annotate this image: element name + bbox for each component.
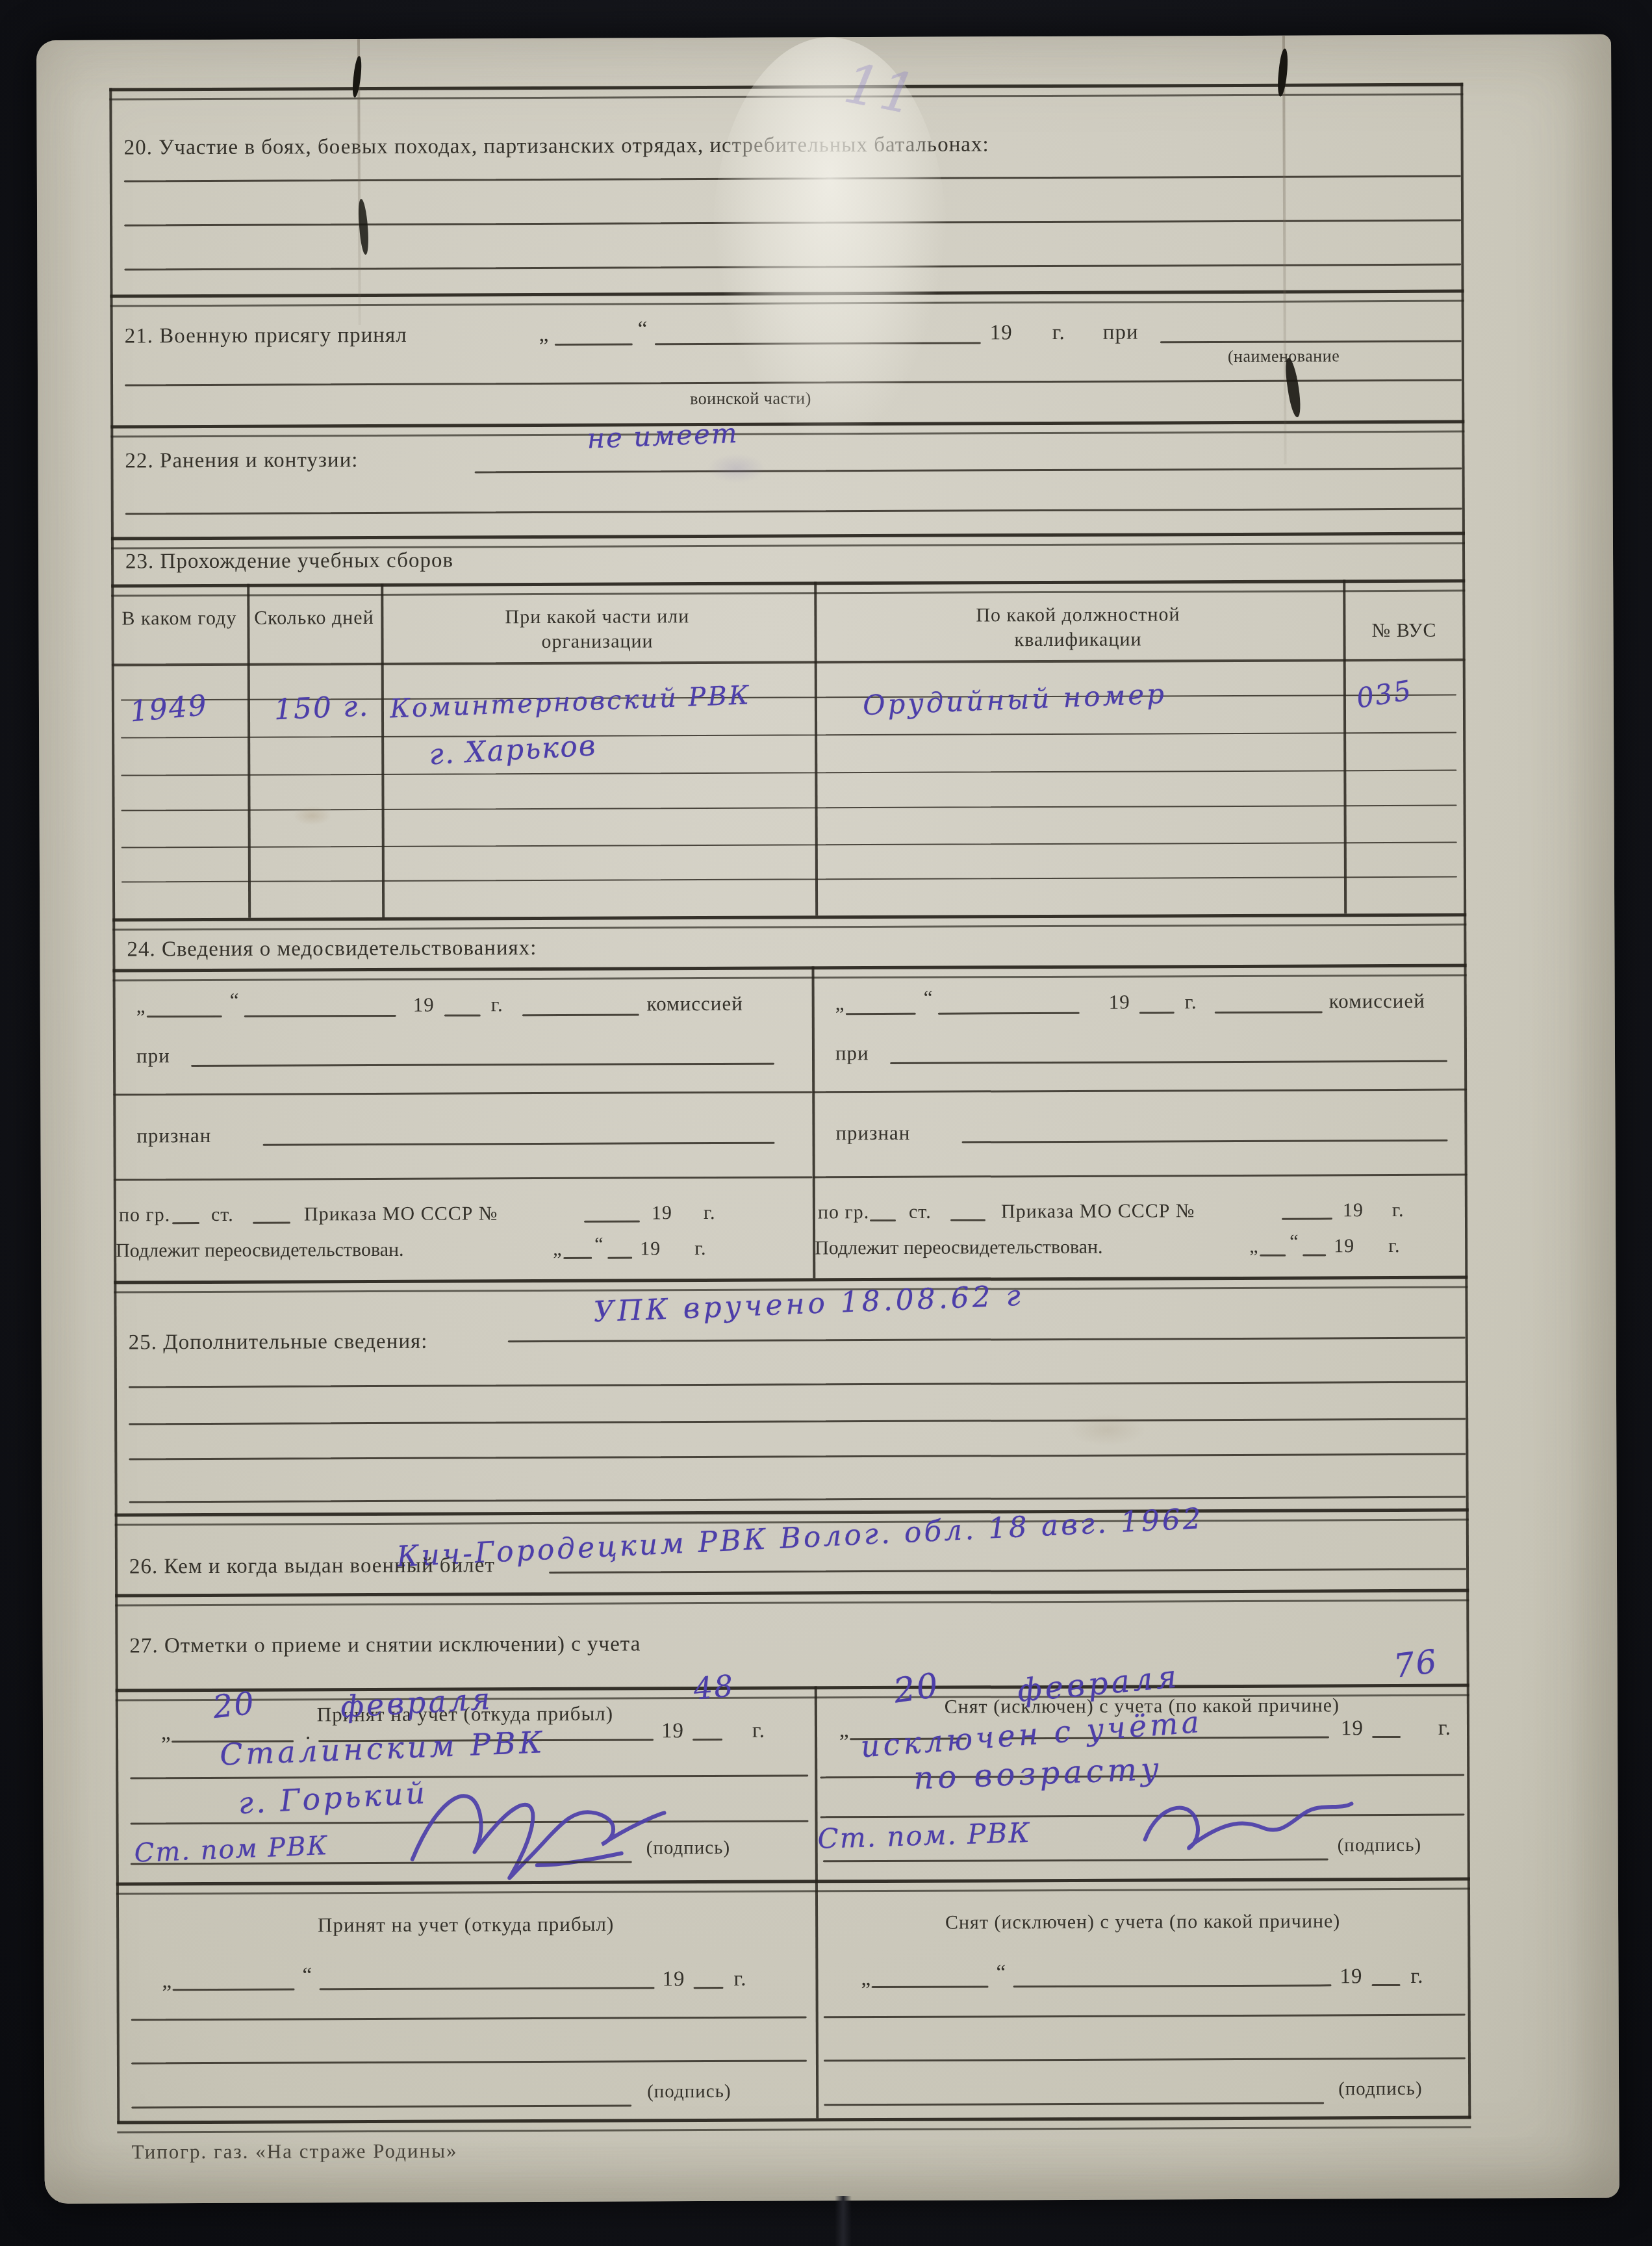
medical-top-rule [112,964,1466,982]
frame-bottom-rule [117,2116,1471,2134]
year-prefix: 19 [1109,990,1130,1015]
table-writing-line [121,732,1456,739]
paper-stain [1068,1413,1146,1446]
blank-dash [1372,1984,1401,1986]
blank-dash [1260,1255,1286,1257]
blank-line [475,468,1462,474]
blank-line [549,1568,1466,1574]
handwriting-accept-unit: Сталинским РВК [219,1727,546,1769]
year-prefix: 19 [990,320,1013,346]
table-writing-line [121,805,1457,811]
signature-scrawl [1134,1784,1362,1876]
signature-line [824,2102,1324,2106]
year-prefix: 19 [652,1201,672,1225]
open-quote: „ [539,322,550,348]
open-quote: „ [861,1965,871,1992]
commission-label: комиссией [647,991,743,1017]
scanner-background: 20. Участие в боях, боевых походах, парт… [0,0,1652,2246]
blank-line [812,1089,1467,1093]
article-label: ст. [211,1203,234,1227]
handwriting-qualification: Орудийный номер [862,680,1167,719]
recognized-label: признан [835,1121,910,1146]
year-word: г. [1438,1715,1451,1742]
year-word: г. [1392,1198,1404,1223]
register-row-divider [116,1878,1470,1895]
blank-dash [890,1060,1447,1064]
at-label: при [835,1041,869,1066]
recognized-label: признан [136,1123,211,1149]
year-word: г. [733,1966,746,1993]
blank-dash [693,1739,722,1741]
blank-line [125,508,1462,515]
commission-label: комиссией [1329,989,1425,1014]
year-prefix: 19 [661,1718,684,1744]
signature-scrawl [400,1767,674,1892]
blank-line [129,1496,1466,1503]
year-word: г. [491,992,503,1017]
signature-line [131,2105,631,2109]
year-word: г. [752,1718,765,1744]
by-group-label: по гр. [119,1203,171,1227]
blank-dash [607,1257,632,1258]
blank-dash [1303,1254,1326,1256]
blank-line [129,1453,1466,1461]
reexam-label: Подлежит переосвидетельствован. [116,1238,404,1263]
blank-line [114,1176,813,1180]
table-writing-line [121,770,1456,776]
section-24-title: 24. Сведения о медосвидетельствованиях: [127,935,537,963]
blank-line [131,2060,807,2064]
open-quote: „ [553,1237,562,1262]
handwriting-remove-year: 76 [1392,1645,1440,1683]
close-quote: “ [1290,1230,1299,1255]
handwriting-unit-line2: г. Харьков [428,732,597,769]
blank-dash [263,1142,775,1146]
blank-dash [870,1219,896,1221]
handwriting-year: 1949 [129,691,209,727]
order-label: Приказа МО СССР № [304,1201,498,1227]
section-divider [110,290,1464,307]
blank-line [131,2016,807,2021]
blank-dash [191,1063,774,1067]
document-page: 20. Участие в боях, боевых походах, парт… [36,34,1620,2204]
handwriting-accept-month: февраля [340,1683,494,1722]
blank-dash [320,1987,655,1990]
blank-line [124,175,1461,183]
blank-line [129,1418,1466,1425]
handwriting-remove-signer: Ст. пом. РВК [817,1819,1031,1853]
blank-dash [1372,1736,1401,1738]
handwriting-wounds: не имеет [587,420,739,453]
handwriting-unit-line1: Коминтерновский РВК [389,682,751,722]
blank-line [824,2058,1466,2062]
section-26-title: 26. Кем и когда выдан военный билет [129,1552,495,1580]
year-word: г. [1052,320,1065,346]
open-quote: „ [136,993,146,1019]
section-21-title: 21. Военную присягу принял [125,322,407,350]
handwriting-accept-signer: Ст. пом РВК [134,1833,329,1867]
handwriting-accept-year: 48 [693,1670,735,1704]
blank-dash [1160,340,1462,344]
sign-label: (подпись) [646,1836,731,1860]
handwriting-vus: 035 [1354,676,1414,712]
section-27-title: 27. Отметки о приеме и снятии исключении… [129,1631,641,1659]
section-22-title: 22. Ранения и контузии: [125,447,358,475]
blank-line [113,1091,812,1095]
article-label: ст. [909,1200,932,1225]
table-top-rule [111,580,1465,597]
year-prefix: 19 [662,1966,685,1993]
col-header-vus: № ВУС [1343,619,1465,643]
blank-dash [555,343,633,345]
medical-divider [811,966,815,1278]
section-divider [110,420,1464,438]
blank-dash [563,1257,592,1259]
blank-dash [962,1140,1448,1143]
sign-label: (подпись) [1338,1833,1422,1857]
reexam-label: Подлежит переосвидетельствован. [815,1235,1103,1260]
printer-imprint: Типогр. газ. «На страже Родины» [131,2139,457,2165]
close-quote: “ [594,1232,604,1257]
note-voinskoy-chasti: воинской части) [690,388,811,409]
table-column-rule [814,581,818,915]
year-prefix: 19 [640,1236,661,1261]
open-quote: „ [162,1968,172,1995]
col-header-days: Сколько дней [247,606,381,630]
section-20-title: 20. Участие в боях, боевых походах, парт… [124,131,989,161]
blank-dash [950,1219,985,1221]
year-word: г. [1185,989,1197,1015]
year-word: г. [1410,1963,1423,1990]
blank-dash [846,1013,916,1015]
year-prefix: 19 [1334,1234,1354,1258]
by-group-label: по гр. [818,1200,870,1225]
handwriting-accept-city: г. Горький [237,1778,428,1818]
section-25-title: 25. Дополнительные сведения: [129,1329,428,1357]
handwriting-accept-day: 20 [211,1687,257,1723]
frame-top-rule [109,83,1463,101]
close-quote: “ [924,986,934,1011]
section-divider [111,532,1465,550]
table-writing-line [121,876,1457,883]
sign-label: (подпись) [647,2080,731,2104]
table-column-rule [247,584,251,918]
col-header-year: В каком году [111,606,247,631]
blank-dash [173,1988,295,1991]
paper-crease [1282,36,1287,465]
blank-dash [655,342,981,345]
blank-dash [872,1985,989,1988]
blank-line [508,1337,1466,1343]
blank-dash [253,1222,290,1224]
section-divider [115,1589,1469,1607]
accept-header: Принят на учет (откуда прибыл) [116,1911,815,1939]
col-header-unit: При какой части или организации [474,604,720,654]
blank-dash [244,1015,396,1017]
blank-line [125,379,1462,387]
frame-left-rule [109,88,120,2124]
year-word: г. [1388,1234,1401,1258]
blank-dash [147,1015,222,1017]
close-quote: “ [302,1962,312,1989]
blank-dash [694,1987,724,1989]
year-word: г. [704,1201,716,1225]
remove-header: Снят (исключен) с учета (по какой причин… [815,1909,1470,1935]
handwriting-remove-reason2: по возрасту [913,1754,1163,1794]
year-prefix: 19 [1343,1198,1364,1223]
blank-line [124,264,1461,271]
blank-dash [522,1014,639,1016]
ink-smudge [707,453,765,483]
open-quote: „ [835,991,845,1016]
blank-line [813,1174,1468,1179]
close-quote: “ [230,988,240,1014]
order-label: Приказа МО СССР № [1001,1199,1195,1224]
blank-dash [1013,1984,1332,1987]
close-quote: “ [996,1959,1006,1986]
open-quote: „ [1249,1234,1258,1259]
handwriting-days: 150 г. [273,693,370,725]
col-header-qualification: По какой должностной квалификации [941,602,1214,652]
at-label: при [136,1043,170,1069]
at-label: при [1103,319,1139,346]
year-prefix: 19 [1340,1963,1362,1990]
blank-dash [938,1012,1080,1015]
table-column-rule [381,583,385,917]
table-header-rule [112,659,1466,667]
blank-dash [1282,1218,1332,1219]
faint-ink-note: 11 [840,55,921,122]
handwriting-remove-day: 20 [891,1668,941,1708]
year-prefix: 19 [1341,1715,1364,1742]
table-writing-line [121,842,1457,849]
blank-dash [444,1014,481,1016]
blank-line [124,220,1461,227]
section-23-title: 23. Прохождение учебных сборов [125,548,453,576]
year-word: г. [694,1236,707,1261]
blank-line [129,1381,1466,1388]
blank-dash [172,1222,199,1224]
blank-dash [1139,1012,1175,1014]
table-bottom-rule [112,913,1466,931]
open-quote: „ [161,1720,172,1746]
sign-label: (подпись) [1338,2077,1423,2101]
blank-dash [1215,1011,1323,1014]
blank-dash [584,1220,640,1222]
close-quote: “ [638,316,648,342]
register-table-divider [815,1686,819,2118]
open-quote: „ [839,1717,850,1744]
year-prefix: 19 [413,993,435,1018]
blank-line [824,2014,1466,2019]
